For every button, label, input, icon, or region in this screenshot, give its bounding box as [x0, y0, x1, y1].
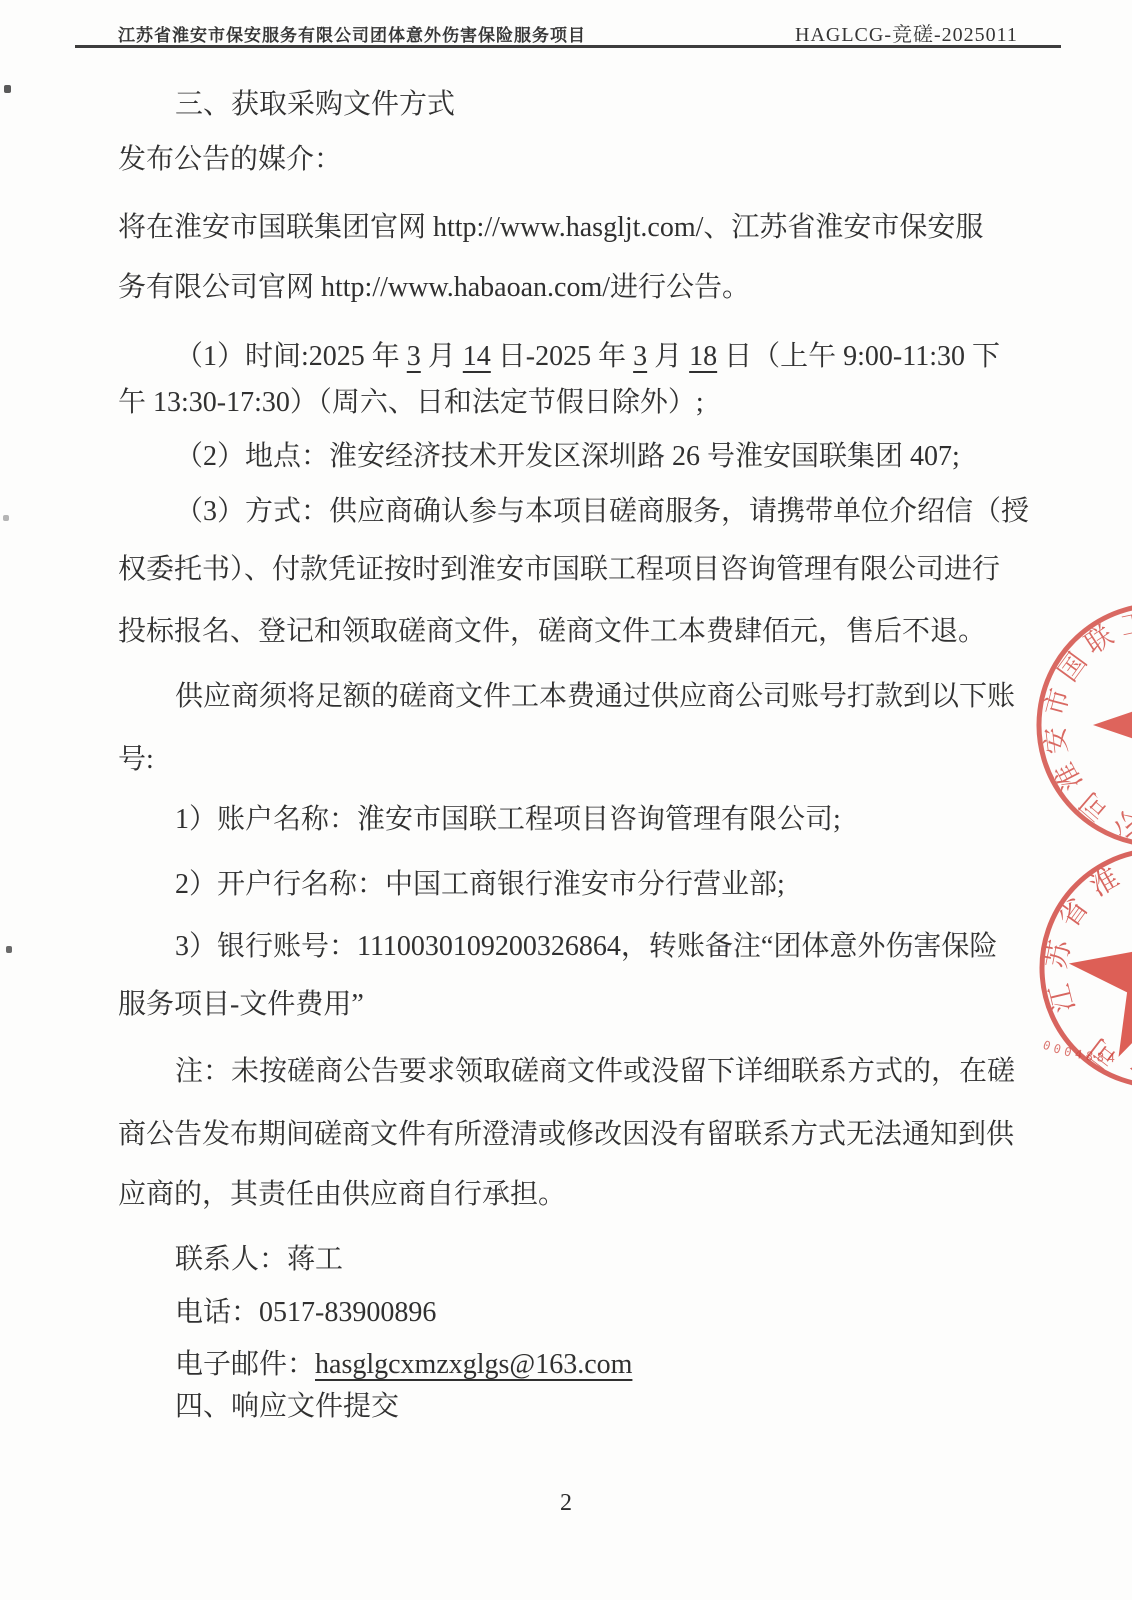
method-line-2: 权委托书）、付款凭证按时到淮安市国联工程项目咨询管理有限公司进行 — [118, 542, 1030, 598]
scan-artifact-dot — [4, 85, 11, 93]
email-label: 电子邮件： — [175, 1349, 315, 1380]
phone-line: 电话：0517-83900896 — [118, 1285, 1030, 1341]
header-project-title: 江苏省淮安市保安服务有限公司团体意外伤害保险服务项目 — [118, 21, 586, 46]
announce-line-2: 务有限公司官网 http://www.habaoan.com/进行公告。 — [118, 260, 1030, 316]
time-underlined-month: 3 — [633, 341, 647, 372]
time-underlined-day: 14 — [463, 341, 491, 372]
header-doc-number: HAGLCG-竞磋-2025011 — [795, 18, 1018, 47]
note-line-3: 应商的，其责任由供应商自行承担。 — [118, 1167, 1030, 1223]
media-label: 发布公告的媒介： — [118, 132, 1030, 188]
time-line-2: 午 13:30-17:30）（周六、日和法定节假日除外）; — [118, 375, 1030, 431]
account-name-line: 1）账户名称：淮安市国联工程项目咨询管理有限公司; — [118, 792, 1030, 848]
time-underlined-month: 3 — [407, 341, 421, 372]
heading-section3: 三、获取采购文件方式 — [118, 77, 1030, 133]
place-line: （2）地点：淮安经济技术开发区深圳路 26 号淮安国联集团 407; — [118, 429, 1030, 485]
scan-artifact-dot — [3, 515, 9, 521]
account-no-line-1: 3）银行账号：1110030109200326864，转账备注“团体意外伤害保险 — [118, 919, 1030, 975]
payment-line-1: 供应商须将足额的磋商文件工本费通过供应商公司账号打款到以下账 — [118, 669, 1030, 725]
contact-person-line: 联系人：蒋工 — [118, 1232, 1030, 1288]
time-seg: 日（上午 9:00-11:30 下 — [717, 341, 1000, 372]
document-page: 江苏省淮安市保安服务有限公司团体意外伤害保险服务项目 HAGLCG-竞磋-202… — [0, 0, 1132, 1600]
method-line-3: 投标报名、登记和领取磋商文件，磋商文件工本费肆佰元，售后不退。 — [118, 604, 1030, 660]
payment-line-2: 号: — [118, 732, 1030, 788]
time-underlined-day: 18 — [689, 341, 717, 372]
account-no-line-2: 服务项目-文件费用” — [118, 977, 1030, 1033]
bank-name-line: 2）开户行名称：中国工商银行淮安市分行营业部; — [118, 857, 1030, 913]
time-seg: （1）时间:2025 年 — [175, 341, 407, 372]
company-seal-security: 江苏省淮安市保安服务有限公司 0004884 — [1030, 840, 1132, 1100]
time-seg: 日-2025 年 — [491, 341, 633, 372]
email-value: hasglgcxmzxglgs@163.com — [315, 1349, 632, 1380]
header-rule — [75, 45, 1061, 48]
note-line-1: 注：未按磋商公告要求领取磋商文件或没留下详细联系方式的，在磋 — [118, 1044, 1030, 1100]
company-seal-consulting: 淮安市国联工程项目咨询管理有限公司 — [1032, 582, 1132, 872]
time-seg: 月 — [647, 341, 689, 372]
page-number: 2 — [0, 1490, 1132, 1517]
scan-artifact-dot — [6, 946, 12, 953]
time-seg: 月 — [421, 341, 463, 372]
method-line-1: （3）方式：供应商确认参与本项目磋商服务，请携带单位介绍信（授 — [118, 484, 1030, 540]
announce-line-1: 将在淮安市国联集团官网 http://www.hasgljt.com/、江苏省淮… — [118, 200, 1030, 256]
heading-section4: 四、响应文件提交 — [118, 1379, 1030, 1435]
note-line-2: 商公告发布期间磋商文件有所澄清或修改因没有留联系方式无法通知到供 — [118, 1107, 1030, 1163]
